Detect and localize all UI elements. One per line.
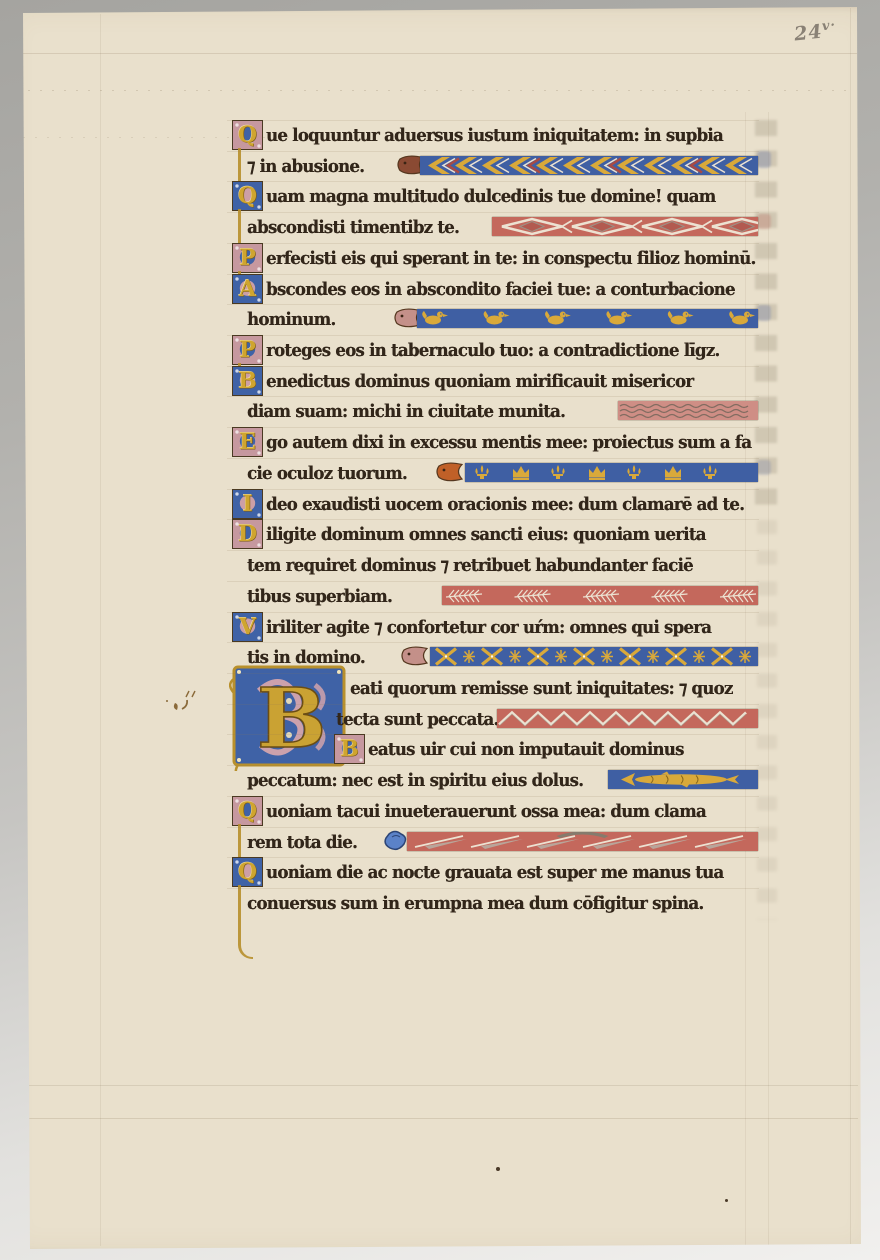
line-text: cie oculoz tuorum. [247,459,407,488]
line-filler-darts [407,832,758,851]
show-through-blue-spot-2 [757,305,771,321]
text-line: Que loquuntur aduersus iustum iniquitate… [230,120,758,151]
text-line: eati quorum remisse sunt iniquitates: ⁊ … [230,673,758,704]
line-text: conuersus sum in erumpna mea dum cōfigit… [247,889,703,918]
illuminated-initial-P: P [232,243,263,273]
line-filler-squiggles [618,401,758,420]
line-filler-fleur-crowns [465,463,758,482]
line-text: hominum. [247,305,335,334]
show-through-blue-spot [757,151,771,168]
illuminated-initial-Q: Q [232,857,263,887]
folio-number-suffix: v· [821,18,837,34]
text-line: Abscondes eos in abscondito faciei tue: … [230,274,758,305]
line-filler-zigzag [497,709,758,728]
illuminated-initial-D: D [232,519,263,549]
text-line: Quoniam die ac nocte grauata est super m… [230,857,758,888]
text-line: hominum. [230,304,758,335]
text-line: tibus superbiam. [230,581,758,612]
line-filler-ferns [442,586,758,605]
illuminated-initial-B: B [232,366,263,396]
folio-number-digits: 24 [793,21,824,46]
line-text: ue loquuntur aduersus iustum iniquitatem… [266,121,723,150]
line-text: rem tota die. [247,828,357,857]
ruling-line-bottom-1 [28,1085,858,1086]
text-line: rem tota die. [230,827,758,858]
text-line: Diligite dominum omnes sancti eius: quon… [230,519,758,550]
line-text: bscondes eos in abscondito faciei tue: a… [266,275,735,304]
blue-blob-ornament [382,830,408,856]
beast-head-pink-icon [400,646,428,670]
ruling-line-right-vertical-2 [768,112,769,1246]
text-line: peccatum: nec est in spiritu eius dolus. [230,765,758,796]
text-line: conuersus sum in erumpna mea dum cōfigit… [230,888,758,919]
line-text: iligite dominum omnes sancti eius: quoni… [266,520,706,549]
manuscript-photo-page: { "document": { "kind": "illuminated-psa… [0,0,880,1260]
text-line: Ideo exaudisti uocem oracionis mee: dum … [230,489,758,520]
line-filler-fish [608,770,758,789]
line-text: abscondisti timentibz te. [247,213,459,242]
illuminated-initial-Q: Q [232,796,263,826]
line-text: roteges eos in tabernaculo tuo: a contra… [266,336,719,365]
parchment-leaf: 24v· B Que loquuntur aduersus iustum ini… [0,0,880,1260]
line-text: tem requiret dominus ⁊ retribuet habunda… [247,551,693,580]
text-line: Benedictus dominus quoniam mirificauit m… [230,366,758,397]
illuminated-initial-V: V [232,612,263,642]
illuminated-initial-A: A [232,274,263,304]
line-filler-diamonds [492,217,758,236]
margin-scribble-icon [164,686,200,716]
text-line: tis in domino. [230,642,758,673]
illuminated-initial-B: B [334,734,365,764]
line-text: tis in domino. [247,643,365,672]
folio-number: 24v· [793,18,838,46]
text-line: Viriliter agite ⁊ confortetur cor uŕm: o… [230,612,758,643]
line-text: tecta sunt peccata. [336,705,498,734]
line-text: uam magna multitudo dulcedinis tue domin… [266,182,715,211]
text-line: abscondisti timentibz te. [230,212,758,243]
ruling-line-top [23,53,857,54]
line-text: eatus uir cui non imputauit dominus [368,735,684,764]
text-line: tecta sunt peccata. [230,704,758,735]
line-text: ⁊ in abusione. [247,152,364,181]
text-line: diam suam: michi in ciuitate munita. [230,396,758,427]
line-text: enedictus dominus quoniam mirificauit mi… [266,367,693,396]
text-line: tem requiret dominus ⁊ retribuet habunda… [230,550,758,581]
foxing-speck [496,1167,500,1171]
line-text: go autem dixi in excessu mentis mee: pro… [266,428,751,457]
illuminated-initial-E: E [232,427,263,457]
illuminated-initial-Q: Q [232,181,263,211]
text-line: Proteges eos in tabernaculo tuo: a contr… [230,335,758,366]
line-text: iriliter agite ⁊ confortetur cor uŕm: om… [266,613,711,642]
text-line: Quam magna multitudo dulcedinis tue domi… [230,181,758,212]
beast-head-orange-icon [435,462,463,486]
line-text: eati quorum remisse sunt iniquitates: ⁊ … [350,674,733,703]
line-text: peccatum: nec est in spiritu eius dolus. [247,766,583,795]
show-through-blue-spot-3 [757,460,771,475]
illuminated-initial-P: P [232,335,263,365]
text-line: Ego autem dixi in excessu mentis mee: pr… [230,427,758,458]
line-text: erfecisti eis qui sperant in te: in cons… [266,244,755,273]
illuminated-initial-I: I [232,489,263,519]
line-filler-lattice [430,647,758,666]
line-text: uoniam die ac nocte grauata est super me… [266,858,723,887]
text-line: Perfecisti eis qui sperant in te: in con… [230,243,758,274]
show-through-ghost-column-lower [757,520,777,920]
illuminated-initial-Q: Q [232,120,263,150]
show-through-red-spot [757,214,771,229]
foxing-speck [725,1199,728,1202]
line-text: tibus superbiam. [247,582,392,611]
line-text: diam suam: michi in ciuitate munita. [247,397,565,426]
line-text: uoniam tacui inueterauerunt ossa mea: du… [266,797,706,826]
text-line: Beatus uir cui non imputauit dominus [230,734,758,765]
ruling-line-dotted-upper [28,90,852,91]
text-line: Quoniam tacui inueterauerunt ossa mea: d… [230,796,758,827]
ruling-line-bottom-2 [28,1118,858,1119]
text-line: cie oculoz tuorum. [230,458,758,489]
line-filler-ducks [417,309,758,328]
line-filler-chevrons [420,156,758,175]
ruling-line-edge-vertical [850,8,851,1244]
text-line: ⁊ in abusione. [230,151,758,182]
ruling-line-left-vertical [100,14,101,1246]
line-text: deo exaudisti uocem oracionis mee: dum c… [266,490,744,519]
